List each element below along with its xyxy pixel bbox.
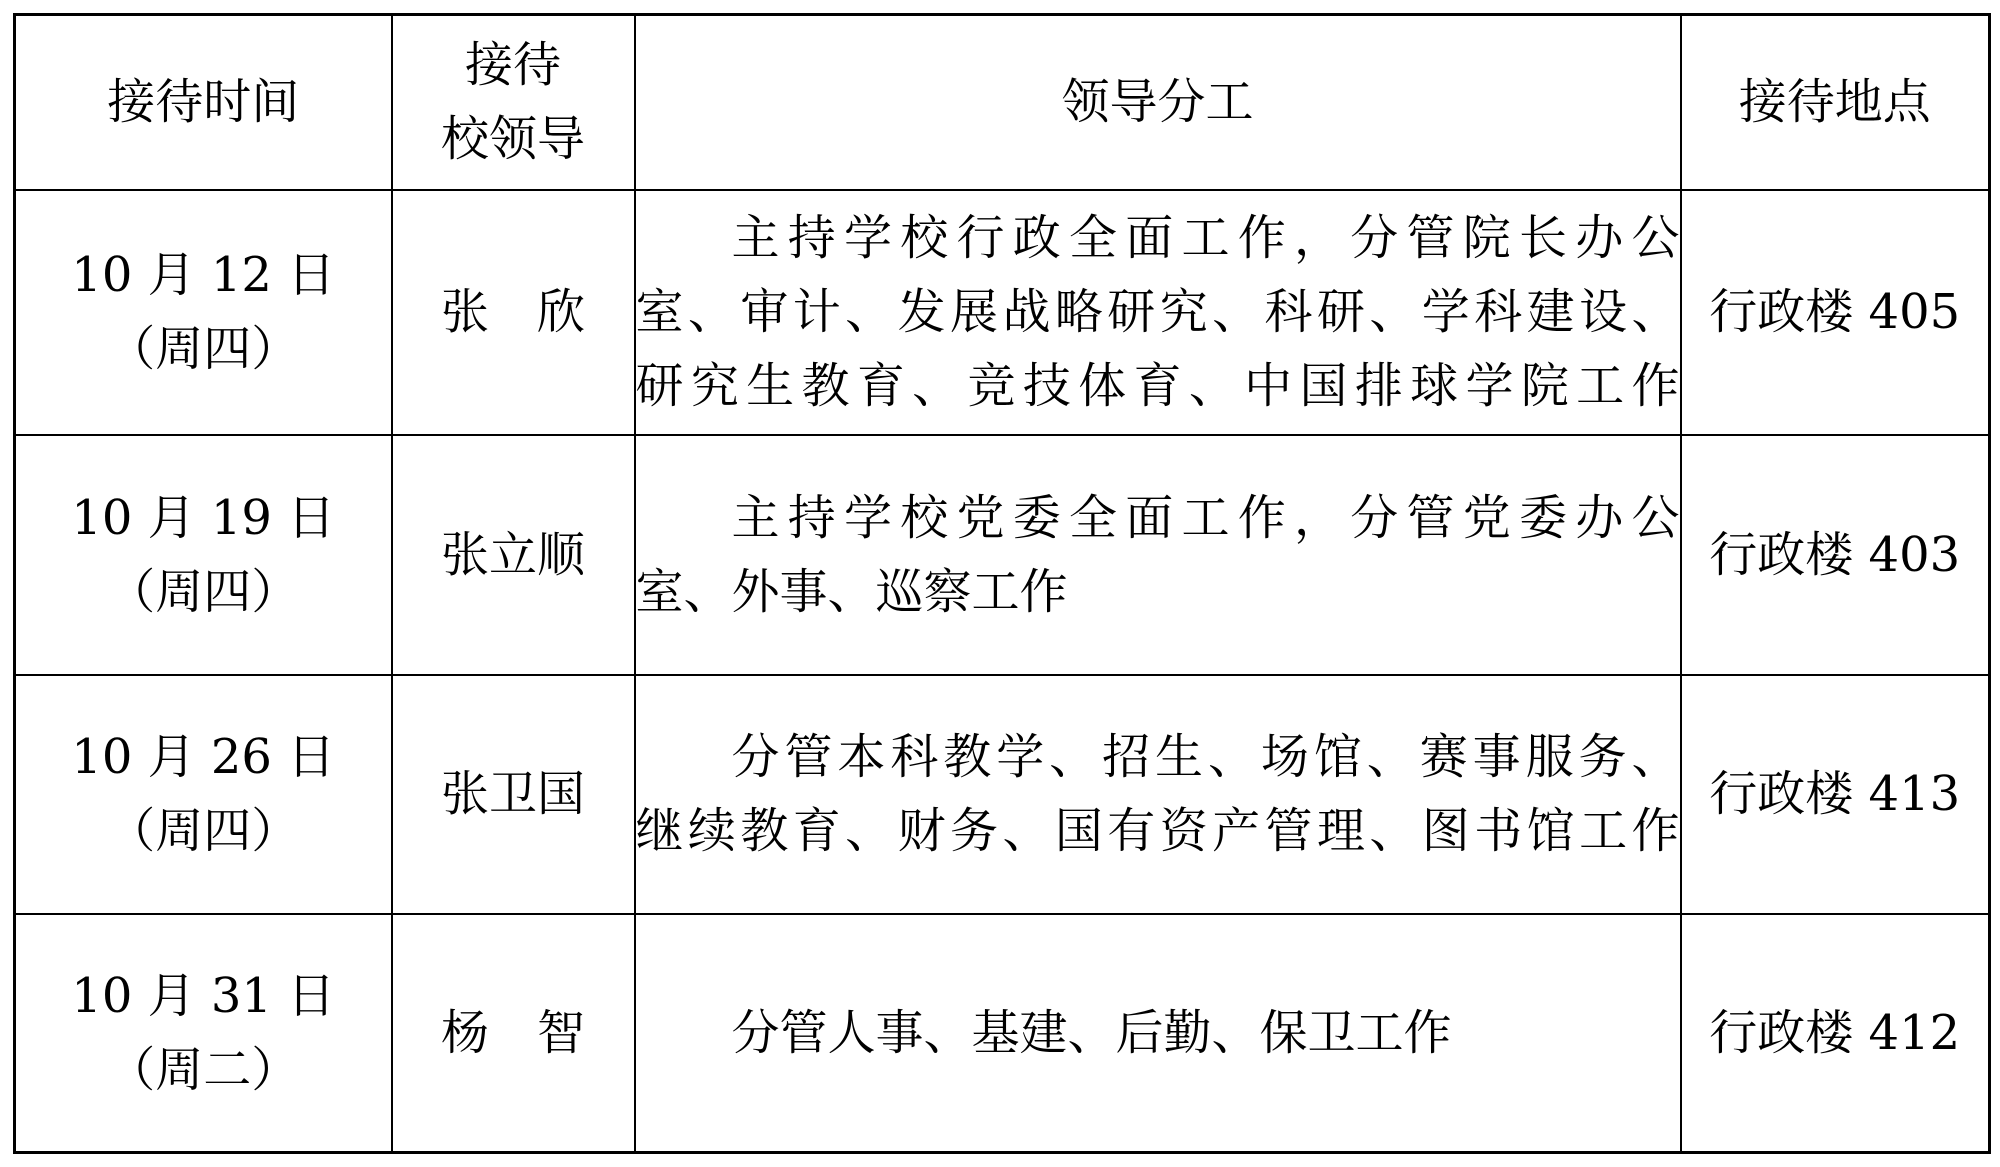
date-line: 10 月 26 日 [16,720,391,794]
cell-leader-name: 张立顺 [392,435,635,675]
table-row: 10 月 12 日 （周四） 张 欣 主持学校行政全面工作，分管院长办公 室、审… [15,190,1990,435]
header-reception-leader-line2: 校领导 [393,102,634,176]
duty-line: 室、外事、巡察工作 [636,555,1680,629]
table-row: 10 月 31 日 （周二） 杨 智 分管人事、基建、后勤、保卫工作 行政楼 4… [15,914,1990,1153]
date-line: 10 月 12 日 [16,238,391,312]
duty-line: 研究生教育、竞技体育、中国排球学院工作 [636,349,1680,423]
weekday-line: （周四） [16,794,391,868]
cell-leader-duties: 分管人事、基建、后勤、保卫工作 [635,914,1681,1153]
duty-line: 室、审计、发展战略研究、科研、学科建设、 [636,275,1680,349]
weekday-line: （周四） [16,312,391,386]
cell-reception-location: 行政楼 412 [1681,914,1990,1153]
cell-leader-duties: 分管本科教学、招生、场馆、赛事服务、 继续教育、财务、国有资产管理、图书馆工作 [635,675,1681,914]
cell-leader-name: 张卫国 [392,675,635,914]
header-reception-leader: 接待 校领导 [392,15,635,190]
duty-line: 分管人事、基建、后勤、保卫工作 [636,996,1680,1070]
header-leader-duties: 领导分工 [635,15,1681,190]
header-reception-leader-line1: 接待 [393,28,634,102]
cell-reception-location: 行政楼 405 [1681,190,1990,435]
date-line: 10 月 19 日 [16,481,391,555]
cell-leader-name: 张 欣 [392,190,635,435]
date-line: 10 月 31 日 [16,959,391,1033]
cell-leader-duties: 主持学校行政全面工作，分管院长办公 室、审计、发展战略研究、科研、学科建设、 研… [635,190,1681,435]
duty-line: 分管本科教学、招生、场馆、赛事服务、 [636,720,1680,794]
table-row: 10 月 19 日 （周四） 张立顺 主持学校党委全面工作，分管党委办公 室、外… [15,435,1990,675]
table-header-row: 接待时间 接待 校领导 领导分工 接待地点 [15,15,1990,190]
reception-schedule-page: 接待时间 接待 校领导 领导分工 接待地点 10 月 12 日 （周四） 张 欣… [0,0,2000,1167]
duty-line: 主持学校党委全面工作，分管党委办公 [636,481,1680,555]
weekday-line: （周二） [16,1033,391,1107]
header-reception-time: 接待时间 [15,15,392,190]
cell-leader-duties: 主持学校党委全面工作，分管党委办公 室、外事、巡察工作 [635,435,1681,675]
cell-reception-time: 10 月 31 日 （周二） [15,914,392,1153]
cell-reception-time: 10 月 19 日 （周四） [15,435,392,675]
cell-leader-name: 杨 智 [392,914,635,1153]
cell-reception-time: 10 月 12 日 （周四） [15,190,392,435]
cell-reception-location: 行政楼 403 [1681,435,1990,675]
cell-reception-time: 10 月 26 日 （周四） [15,675,392,914]
weekday-line: （周四） [16,555,391,629]
duty-line: 继续教育、财务、国有资产管理、图书馆工作 [636,794,1680,868]
cell-reception-location: 行政楼 413 [1681,675,1990,914]
reception-schedule-table: 接待时间 接待 校领导 领导分工 接待地点 10 月 12 日 （周四） 张 欣… [13,13,1991,1154]
duty-line: 主持学校行政全面工作，分管院长办公 [636,201,1680,275]
table-row: 10 月 26 日 （周四） 张卫国 分管本科教学、招生、场馆、赛事服务、 继续… [15,675,1990,914]
header-reception-location: 接待地点 [1681,15,1990,190]
